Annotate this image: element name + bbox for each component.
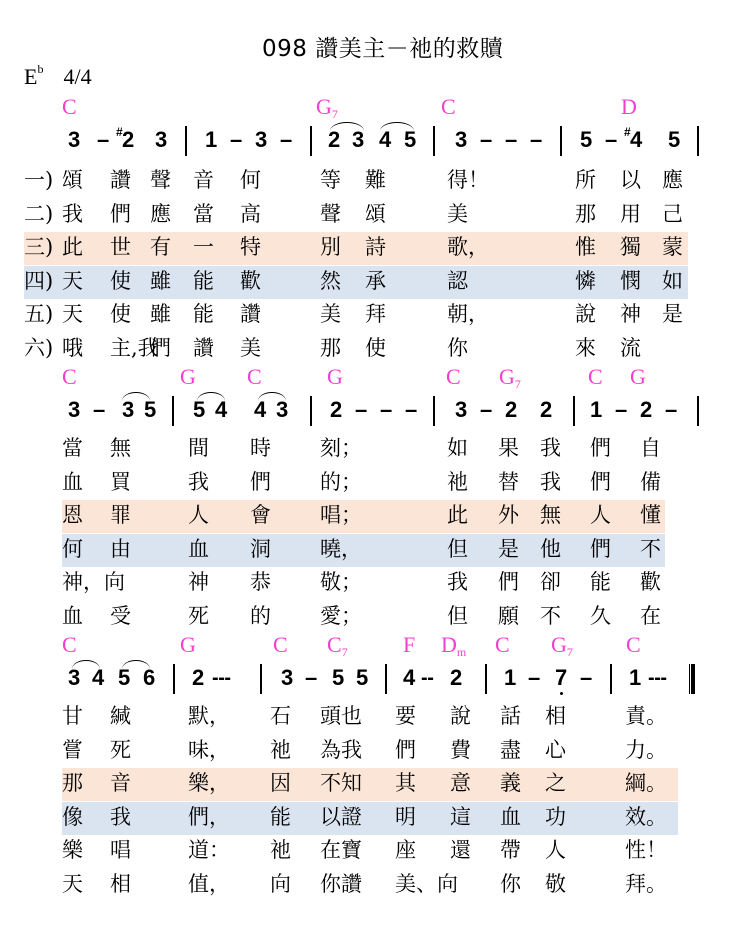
note-digit: 2#	[122, 128, 134, 152]
lyric-syllable: 雖	[150, 266, 171, 296]
chord-root: C	[441, 94, 456, 119]
bar-line	[610, 664, 612, 694]
key-signature: Eb4/4	[24, 64, 92, 90]
lyric-syllable: 責。	[625, 701, 667, 731]
note-text: –	[305, 665, 317, 690]
note-text: 2	[450, 665, 462, 690]
bar-line	[385, 664, 387, 694]
lyric-syllable: 如	[447, 433, 468, 463]
chord-symbol: C7	[327, 634, 348, 659]
lyric-syllable: 人	[188, 500, 209, 530]
lyric-syllable: 讚	[240, 299, 261, 329]
chord-symbol: C	[441, 96, 456, 118]
chord-root: C	[588, 364, 603, 389]
verse-3-highlight	[62, 500, 665, 533]
note-text: 3	[255, 127, 267, 152]
note-digit: 4#	[630, 128, 642, 152]
bar-line	[173, 664, 175, 694]
note-text: 3	[68, 127, 80, 152]
lyric-syllable: 頌	[62, 165, 83, 195]
lyric-syllable: 你	[500, 869, 521, 899]
lyric-syllable: 座	[395, 835, 416, 865]
chord-root: F	[403, 632, 415, 657]
lyric-syllable: 明	[395, 802, 416, 832]
lyric-syllable: 罪	[110, 500, 131, 530]
lyric-syllable: 當	[193, 199, 214, 229]
lyric-syllable: 甘	[62, 701, 83, 731]
lyric-syllable: 歌，	[447, 232, 489, 262]
lyric-syllable: 這	[450, 802, 471, 832]
lyric-syllable: 但	[447, 534, 468, 564]
lyric-syllable: 祂	[270, 835, 291, 865]
lyric-syllable: 外	[498, 500, 519, 530]
lyric-syllable: 我	[62, 199, 83, 229]
lyric-syllable: 的	[250, 601, 271, 631]
chord-root: D	[621, 94, 637, 119]
note-text: 1	[590, 397, 602, 422]
lyric-syllable: 以	[620, 165, 641, 195]
lyric-syllable: 人	[545, 835, 566, 865]
lyric-syllable: 恭	[250, 567, 271, 597]
lyric-syllable: 能	[590, 567, 611, 597]
chord-root: D	[441, 632, 457, 657]
lyric-syllable: 會	[250, 500, 271, 530]
lyric-syllable: 恩	[62, 500, 83, 530]
note-digit: 5	[118, 666, 130, 690]
verse-4-highlight	[62, 534, 665, 567]
bar-line	[560, 126, 562, 156]
lyric-syllable: 無	[110, 433, 131, 463]
lyric-syllable: 讚	[110, 165, 131, 195]
note-text: –	[528, 665, 540, 690]
lyric-syllable: 敬；	[320, 567, 362, 597]
lyric-syllable: 死	[110, 735, 131, 765]
chord-root: C	[62, 364, 77, 389]
dash-extension: –	[505, 128, 517, 152]
note-text: 5	[580, 127, 592, 152]
dash-extension: –	[380, 398, 392, 422]
dash-extension: –	[665, 398, 677, 422]
chord-symbol: G7	[499, 366, 521, 391]
lyric-syllable: 功	[545, 802, 566, 832]
lyric-syllable: 心	[545, 735, 566, 765]
lyric-syllable: 敬	[545, 869, 566, 899]
lyric-syllable: 們	[498, 567, 519, 597]
note-digit: 4	[254, 398, 266, 422]
chord-symbol: G	[630, 366, 646, 388]
note-digit: 3	[255, 128, 267, 152]
chord-root: G	[630, 364, 646, 389]
note-text: 5	[356, 665, 368, 690]
lyric-syllable: 懂	[640, 500, 661, 530]
lyric-syllable: 詩	[365, 232, 386, 262]
lyric-syllable: 等	[320, 165, 341, 195]
note-digit: 3	[155, 128, 167, 152]
note-digit: 2	[450, 666, 462, 690]
lyric-syllable: 唱	[110, 835, 131, 865]
bar-line	[697, 396, 699, 426]
bar-line	[260, 664, 262, 694]
dash-extension: –	[280, 128, 292, 152]
note-text: –	[380, 397, 392, 422]
lyric-syllable: 們	[150, 333, 171, 363]
lyric-syllable: 能	[193, 299, 214, 329]
note-digit: 3	[352, 128, 364, 152]
chord-quality: m	[457, 645, 466, 659]
lyric-syllable: 性！	[625, 835, 667, 865]
lyric-syllable: 盡	[500, 735, 521, 765]
lyric-syllable: 然	[320, 266, 341, 296]
chord-symbol: G7	[316, 96, 338, 121]
lyric-syllable: 你	[447, 333, 468, 363]
chord-quality: 7	[567, 645, 573, 659]
note-text: - -	[421, 667, 431, 689]
chord-symbol: C	[495, 634, 510, 656]
lyric-syllable: 久	[590, 601, 611, 631]
lyric-syllable: 刻；	[320, 433, 362, 463]
lyric-syllable: 的；	[320, 467, 362, 497]
lyric-syllable: 歡	[640, 567, 661, 597]
chord-root: C	[62, 632, 77, 657]
lyric-syllable: 們	[250, 467, 271, 497]
tie-slur-icon	[380, 122, 414, 131]
verse-number: 六)	[24, 333, 53, 363]
note-text: - - -	[212, 667, 228, 689]
note-text: 2	[122, 127, 134, 152]
lyric-syllable: 在寶	[320, 835, 362, 865]
lyric-syllable: 那	[320, 333, 341, 363]
lyric-syllable: 獨	[620, 232, 641, 262]
lyric-syllable: 相	[545, 701, 566, 731]
note-text: –	[480, 397, 492, 422]
note-digit: 5	[404, 128, 416, 152]
lyric-syllable: 應	[150, 199, 171, 229]
chord-symbol: C	[62, 634, 77, 656]
bar-line	[433, 396, 435, 426]
dash-extension: - -	[421, 666, 431, 690]
note-text: –	[505, 127, 517, 152]
lyric-syllable: 洞	[250, 534, 271, 564]
chord-root: C	[495, 632, 510, 657]
note-text: 3	[155, 127, 167, 152]
lyric-syllable: 向	[270, 869, 291, 899]
lyric-syllable: 來	[575, 333, 596, 363]
lyric-syllable: 說	[575, 299, 596, 329]
note-text: –	[355, 397, 367, 422]
lyric-syllable: 樂	[62, 835, 83, 865]
lyric-syllable: 像	[62, 802, 83, 832]
chord-symbol: C	[62, 366, 77, 388]
lyric-syllable: 但	[447, 601, 468, 631]
lyric-syllable: 拜	[365, 299, 386, 329]
note-text: –	[615, 397, 627, 422]
note-text: –	[230, 127, 242, 152]
lyric-syllable: 備	[640, 467, 661, 497]
lyric-syllable: 說	[450, 701, 471, 731]
lyric-syllable: 們	[110, 199, 131, 229]
dash-extension: - - -	[212, 666, 228, 690]
lyric-syllable: 別	[320, 232, 341, 262]
note-digit: 2	[192, 666, 204, 690]
lyric-syllable: 卻	[540, 567, 561, 597]
verse-number: 三)	[24, 232, 53, 262]
lyric-syllable: 還	[450, 835, 471, 865]
lyric-syllable: 果	[498, 433, 519, 463]
lyric-syllable: 惟	[575, 232, 596, 262]
lyric-syllable: 血	[62, 601, 83, 631]
chord-symbol: C	[446, 366, 461, 388]
note-text: 4	[403, 665, 415, 690]
note-digit: 3	[455, 128, 467, 152]
lyric-syllable: 默，	[188, 701, 230, 731]
lyric-syllable: 們	[590, 467, 611, 497]
note-digit: 5	[144, 398, 156, 422]
tie-slur-icon	[330, 122, 364, 131]
lyric-syllable: 頭也	[320, 701, 362, 731]
tie-slur-icon	[122, 660, 150, 669]
bar-line	[433, 126, 435, 156]
lyric-syllable: 血	[500, 802, 521, 832]
lyric-syllable: 願	[498, 601, 519, 631]
lyric-syllable: 憫	[620, 266, 641, 296]
verse-number: 四)	[24, 266, 53, 296]
lyric-syllable: 曉，	[320, 534, 362, 564]
note-text: 3	[68, 397, 80, 422]
bar-line	[310, 396, 312, 426]
note-digit: 4	[403, 666, 415, 690]
note-digit: 4	[379, 128, 391, 152]
note-text: 4	[630, 127, 642, 152]
lyric-syllable: 祂	[270, 735, 291, 765]
dash-extension: –	[528, 666, 540, 690]
lyric-syllable: 我	[540, 467, 561, 497]
lyric-syllable: 神	[188, 567, 209, 597]
bar-line	[185, 126, 187, 156]
note-digit: 2	[330, 398, 342, 422]
dash-extension: - - -	[648, 666, 664, 690]
lyric-syllable: 道：	[188, 835, 230, 865]
dash-extension: –	[305, 666, 317, 690]
note-text: –	[97, 127, 109, 152]
note-digit: 1	[205, 128, 217, 152]
verse-number: 五)	[24, 299, 53, 329]
chord-symbol: C	[273, 634, 288, 656]
note-digit: 3	[68, 128, 80, 152]
lyric-syllable: 血	[188, 534, 209, 564]
tie-slur-icon	[122, 392, 150, 401]
lyric-syllable: 讚	[193, 333, 214, 363]
lyric-syllable: 用	[620, 199, 641, 229]
bar-line	[485, 664, 487, 694]
chord-symbol: D	[621, 96, 637, 118]
lyric-syllable: 不	[640, 534, 661, 564]
lyric-syllable: 天	[62, 266, 83, 296]
note-text: –	[605, 127, 617, 152]
tie-slur-icon	[258, 392, 286, 401]
lyric-syllable: 替	[498, 467, 519, 497]
lyric-syllable: 時	[250, 433, 271, 463]
lyric-syllable: 如	[662, 266, 683, 296]
lyric-syllable: 自	[640, 433, 661, 463]
lyric-syllable: 承	[365, 266, 386, 296]
lyric-syllable: 世	[110, 232, 131, 262]
note-text: –	[580, 665, 592, 690]
lyric-syllable: 使	[110, 299, 131, 329]
chord-symbol: G	[180, 366, 196, 388]
note-digit: 3	[68, 666, 80, 690]
lyric-syllable: 們	[395, 735, 416, 765]
chord-symbol: C	[626, 634, 641, 656]
lyric-syllable: 不知	[320, 768, 362, 798]
note-text: 7	[555, 665, 567, 690]
lyric-syllable: 話	[500, 701, 521, 731]
lyric-syllable: 們，	[188, 802, 230, 832]
lyric-syllable: 美	[240, 333, 261, 363]
lyric-syllable: 拜。	[625, 869, 667, 899]
note-digit: 5	[332, 666, 344, 690]
lyric-syllable: 愛；	[320, 601, 362, 631]
note-text: 1	[205, 127, 217, 152]
note-digit: 1	[590, 398, 602, 422]
lyric-syllable: 人	[590, 500, 611, 530]
note-text: 2	[330, 397, 342, 422]
chord-root: G	[327, 364, 343, 389]
note-digit: 1	[504, 666, 516, 690]
note-text: –	[665, 397, 677, 422]
chord-root: G	[551, 632, 567, 657]
lyric-syllable: 何	[62, 534, 83, 564]
lyric-syllable: 有	[150, 232, 171, 262]
lyric-syllable: 死	[188, 601, 209, 631]
lyric-syllable: 石	[270, 701, 291, 731]
chord-root: C	[273, 632, 288, 657]
note-text: –	[280, 127, 292, 152]
chord-symbol: G7	[551, 634, 573, 659]
lyric-syllable: 那	[62, 768, 83, 798]
note-text: 2	[540, 397, 552, 422]
lyric-syllable: 意	[450, 768, 471, 798]
low-octave-dot-icon	[560, 692, 563, 695]
note-digit: 4	[92, 666, 104, 690]
lyric-syllable: 我	[447, 567, 468, 597]
lyric-syllable: 蒙	[662, 232, 683, 262]
lyric-syllable: 此	[447, 500, 468, 530]
note-text: –	[530, 127, 542, 152]
lyric-syllable: 聲	[150, 165, 171, 195]
lyric-syllable: 得！	[447, 165, 489, 195]
tie-slur-icon	[197, 392, 225, 401]
bar-line	[573, 396, 575, 426]
chord-symbol: G	[180, 634, 196, 656]
lyric-syllable: 難	[365, 165, 386, 195]
lyric-syllable: 雖	[150, 299, 171, 329]
lyric-syllable: 我	[188, 467, 209, 497]
chord-symbol: Dm	[441, 634, 466, 659]
note-text: 2	[505, 397, 517, 422]
note-text: 1	[629, 665, 641, 690]
lyric-syllable: 買	[110, 467, 131, 497]
chord-quality: 7	[515, 377, 521, 391]
sharp-icon: #	[624, 120, 631, 144]
lyric-syllable: 間	[188, 433, 209, 463]
lyric-syllable: 帶	[500, 835, 521, 865]
lyric-syllable: 此	[62, 232, 83, 262]
lyric-syllable: 何	[240, 165, 261, 195]
lyric-syllable: 在	[640, 601, 661, 631]
lyric-syllable: 我	[110, 802, 131, 832]
chord-root: G	[499, 364, 515, 389]
verse-3-highlight	[62, 768, 678, 801]
note-digit: 5	[668, 128, 680, 152]
lyric-syllable: 效。	[625, 802, 667, 832]
note-digit: 2	[505, 398, 517, 422]
lyric-syllable: 神	[620, 299, 641, 329]
lyric-syllable: 美	[320, 299, 341, 329]
lyric-syllable: 是	[662, 299, 683, 329]
dash-extension: –	[97, 128, 109, 152]
lyric-syllable: 己	[662, 199, 683, 229]
lyric-syllable: 能	[193, 266, 214, 296]
lyric-syllable: 頌	[365, 199, 386, 229]
lyric-syllable: 義	[500, 768, 521, 798]
note-text: –	[405, 397, 417, 422]
lyric-syllable: 天	[62, 869, 83, 899]
note-digit: 2	[328, 128, 340, 152]
chord-quality: 7	[332, 107, 338, 121]
bar-line	[310, 126, 312, 156]
note-text: 5	[668, 127, 680, 152]
lyric-syllable: 要	[395, 701, 416, 731]
note-text: - - -	[648, 667, 664, 689]
note-digit: 4	[215, 398, 227, 422]
chord-root: G	[180, 632, 196, 657]
lyric-syllable: 高	[240, 199, 261, 229]
lyric-syllable: 當	[62, 433, 83, 463]
lyric-syllable: 緘	[110, 701, 131, 731]
dash-extension: –	[355, 398, 367, 422]
lyric-syllable: 力。	[625, 735, 667, 765]
dash-extension: –	[230, 128, 242, 152]
note-digit: 3	[68, 398, 80, 422]
note-text: –	[93, 397, 105, 422]
note-text: 1	[504, 665, 516, 690]
note-digit: 5	[580, 128, 592, 152]
lyric-syllable: 一	[193, 232, 214, 262]
chord-root: C	[247, 364, 262, 389]
verse-number: 二)	[24, 199, 53, 229]
lyric-syllable: 們	[590, 534, 611, 564]
lyric-syllable: 天	[62, 299, 83, 329]
note-digit: 3	[122, 398, 134, 422]
dash-extension: –	[605, 128, 617, 152]
note-text: 3	[455, 127, 467, 152]
lyric-syllable: 哦	[62, 333, 83, 363]
lyric-syllable: 憐	[575, 266, 596, 296]
note-digit: 5	[356, 666, 368, 690]
chord-root: C	[626, 632, 641, 657]
dash-extension: –	[93, 398, 105, 422]
lyric-syllable: 所	[575, 165, 596, 195]
note-digit: 2	[640, 398, 652, 422]
bar-line	[697, 126, 699, 156]
note-text: 2	[192, 665, 204, 690]
note-text: 3	[281, 665, 293, 690]
chord-symbol: C	[588, 366, 603, 388]
lyric-syllable: 味，	[188, 735, 230, 765]
chord-root: C	[327, 632, 342, 657]
lyric-syllable: 美、向	[395, 869, 458, 899]
dash-extension: –	[615, 398, 627, 422]
